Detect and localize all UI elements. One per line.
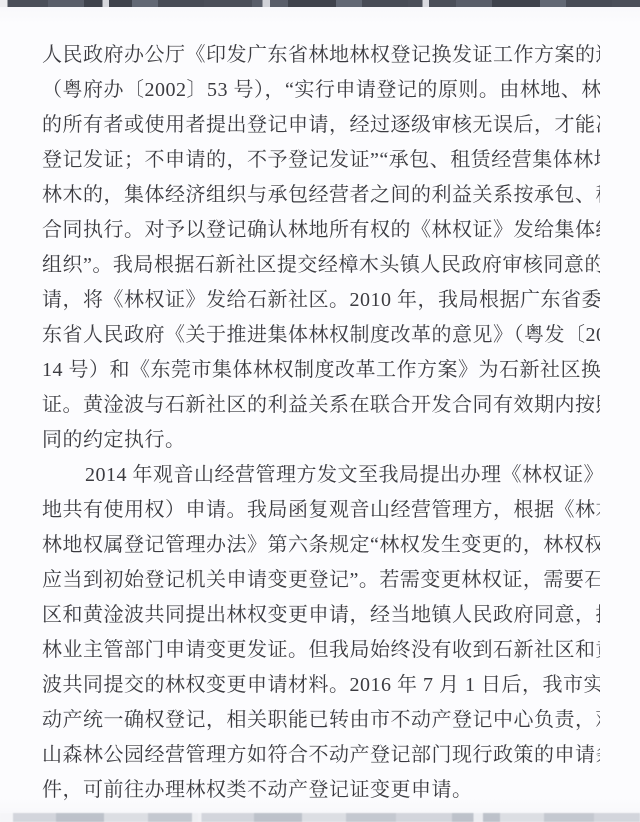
text-line: 登记发证；不申请的，不予登记发证”“承包、租赁经营集体林地、 xyxy=(42,143,600,178)
text-line: 东省人民政府《关于推进集体林权制度改革的意见》（粤发〔2008〕 xyxy=(42,318,600,353)
text-line: 林地权属登记管理办法》第六条规定“林权发生变更的，林权权利人 xyxy=(42,528,600,563)
text-line: 动产统一确权登记，相关职能已转由市不动产登记中心负责，观音 xyxy=(42,703,600,738)
text-line: 证。黄淦波与石新社区的利益关系在联合开发合同有效期内按照合 xyxy=(42,388,600,423)
text-line-paragraph-start: 2014 年观音山经营管理方发文至我局提出办理《林权证》（林 xyxy=(42,458,600,493)
text-line-paragraph-end: 件，可前往办理林权类不动产登记证变更申请。 xyxy=(42,773,600,808)
text-line: 14 号）和《东莞市集体林权制度改革工作方案》为石新社区换发新 xyxy=(42,353,600,388)
text-line: 应当到初始登记机关申请变更登记”。若需变更林权证，需要石新社 xyxy=(42,563,600,598)
text-line: 的所有者或使用者提出登记申请，经过逐级审核无误后，才能准予 xyxy=(42,108,600,143)
document-text-block: 人民政府办公厅《印发广东省林地林权登记换发证工作方案的通知》 （粤府办〔2002… xyxy=(42,38,600,808)
text-line: 组织”。我局根据石新社区提交经樟木头镇人民政府审核同意的申 xyxy=(42,248,600,283)
text-line: 合同执行。对予以登记确认林地所有权的《林权证》发给集体经济 xyxy=(42,213,600,248)
text-line: 区和黄淦波共同提出林权变更申请，经当地镇人民政府同意，报市 xyxy=(42,598,600,633)
text-line: 地共有使用权）申请。我局函复观音山经营管理方，根据《林木和 xyxy=(42,493,600,528)
text-line: 请，将《林权证》发给石新社区。2010 年，我局根据广东省委、广 xyxy=(42,283,600,318)
text-line: 波共同提交的林权变更申请材料。2016 年 7 月 1 日后，我市实行不 xyxy=(42,668,600,703)
document-page: 人民政府办公厅《印发广东省林地林权登记换发证工作方案的通知》 （粤府办〔2002… xyxy=(0,0,640,822)
text-line-paragraph-end: 同的约定执行。 xyxy=(42,423,600,458)
text-line: 山森林公园经营管理方如符合不动产登记部门现行政策的申请条 xyxy=(42,738,600,773)
scan-edge-top xyxy=(0,0,640,7)
text-line: 林木的，集体经济组织与承包经营者之间的利益关系按承包、租赁 xyxy=(42,178,600,213)
scan-edge-bottom xyxy=(0,813,640,822)
text-line: 林业主管部门申请变更发证。但我局始终没有收到石新社区和黄淦 xyxy=(42,633,600,668)
text-line: 人民政府办公厅《印发广东省林地林权登记换发证工作方案的通知》 xyxy=(42,38,600,73)
text-line: （粤府办〔2002〕53 号），“实行申请登记的原则。由林地、林木 xyxy=(42,73,600,108)
